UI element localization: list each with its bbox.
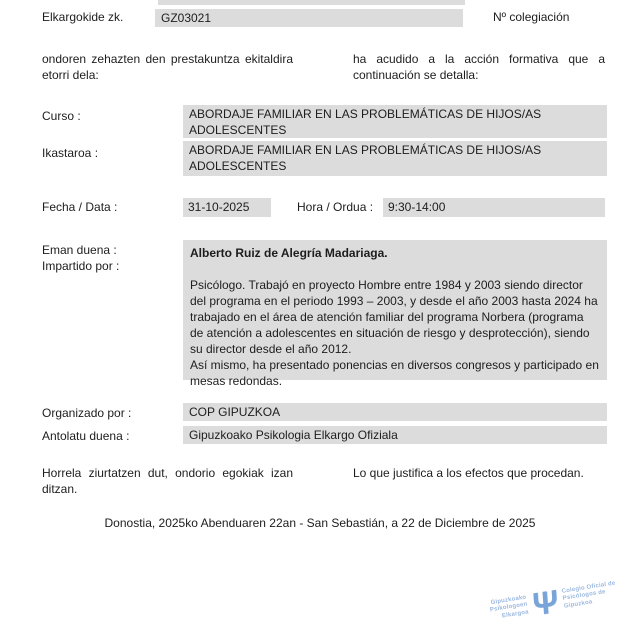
stamp-left-text: Gipuzkoako Psikologoen Elkargoa: [467, 594, 530, 626]
ikastaroa-value: ABORDAJE FAMILIAR EN LAS PROBLEMÁTICAS D…: [183, 141, 607, 176]
organizado-label: Organizado por :: [42, 406, 131, 422]
top-cropped-field-box: [158, 0, 465, 5]
certificate-document: Elkargokide zk. GZ03021 Nº colegiación o…: [0, 0, 640, 640]
member-number-label-es: Nº colegiación: [493, 10, 569, 26]
instructor-name: Alberto Ruiz de Alegría Madariaga.: [190, 245, 600, 261]
cop-gipuzkoa-stamp: Gipuzkoako Psikologoen Elkargoa Ψ Colegi…: [466, 570, 640, 629]
closing-text-eu: Horrela ziurtatzen dut, ondorio egokiak …: [42, 466, 293, 497]
impartido-label-es: Impartido por :: [42, 259, 119, 275]
instructor-info-box: Alberto Ruiz de Alegría Madariaga. Psicó…: [183, 240, 607, 380]
curso-label: Curso :: [42, 109, 81, 125]
fecha-label: Fecha / Data :: [42, 200, 117, 216]
member-number-value: GZ03021: [155, 9, 463, 27]
instructor-bio: Psicólogo. Trabajó en proyecto Hombre en…: [190, 277, 600, 389]
hora-label: Hora / Ordua :: [297, 200, 373, 216]
antolatu-label: Antolatu duena :: [42, 429, 129, 445]
dateline: Donostia, 2025ko Abenduaren 22an - San S…: [0, 516, 640, 532]
hora-value: 9:30-14:00: [383, 198, 605, 217]
intro-text-eu: ondoren zehazten den prestakuntza ekital…: [42, 52, 293, 83]
intro-text-es: ha acudido a la acción formativa que a c…: [353, 52, 605, 83]
fecha-value: 31-10-2025: [183, 198, 271, 217]
member-number-label-eu: Elkargokide zk.: [42, 10, 123, 26]
closing-text-es: Lo que justifica a los efectos que proce…: [353, 466, 606, 482]
curso-value: ABORDAJE FAMILIAR EN LAS PROBLEMÁTICAS D…: [183, 105, 607, 138]
impartido-label-eu: Eman duena :: [42, 243, 117, 259]
psi-icon: Ψ: [531, 586, 559, 620]
ikastaroa-label: Ikastaroa :: [42, 146, 98, 162]
antolatu-value: Gipuzkoako Psikologia Elkargo Ofiziala: [183, 426, 607, 444]
stamp-right-text: Colegio Oficial de Psicólogos de Gipuzko…: [561, 579, 626, 611]
organizado-value: COP GIPUZKOA: [183, 403, 607, 421]
